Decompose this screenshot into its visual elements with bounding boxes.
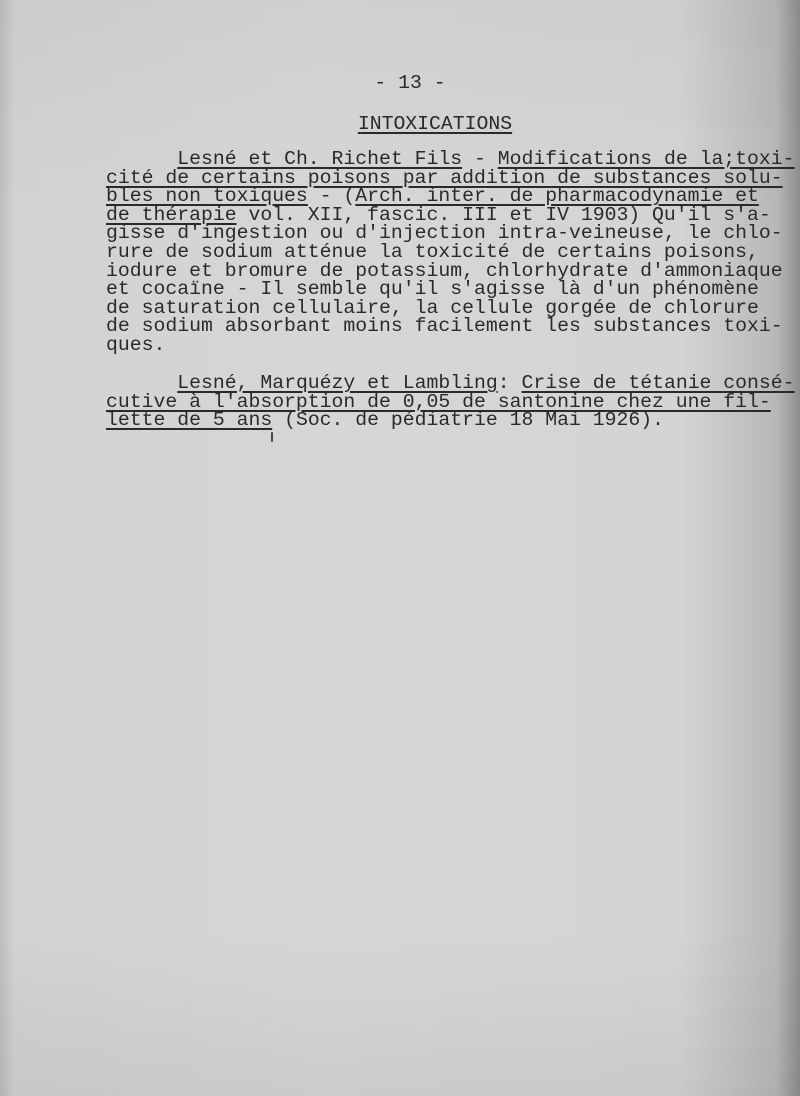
body-text: de sodium absorbant moins facilement les… [106,315,783,337]
scanned-page: - 13 - INTOXICATIONS Lesné et Ch. Richet… [0,0,800,1096]
page-number: - 13 - [0,74,800,93]
text-line: ques. [106,336,795,355]
section-title: INTOXICATIONS [0,115,800,134]
bibliography-entry-1: Lesné et Ch. Richet Fils - Modifications… [106,150,795,355]
text-line: de sodium absorbant moins facilement les… [106,317,795,336]
text-line: lette de 5 ans (Soc. de pédiatrie 18 Mai… [106,411,795,430]
ink-mark [271,432,273,442]
body-text: ques. [106,334,165,356]
underlined-text: lette de 5 ans [106,409,272,431]
body-text: (Soc. de pédiatrie 18 Mai 1926). [272,409,664,431]
bibliography-entry-2: Lesné, Marquézy et Lambling: Crise de té… [106,374,795,430]
